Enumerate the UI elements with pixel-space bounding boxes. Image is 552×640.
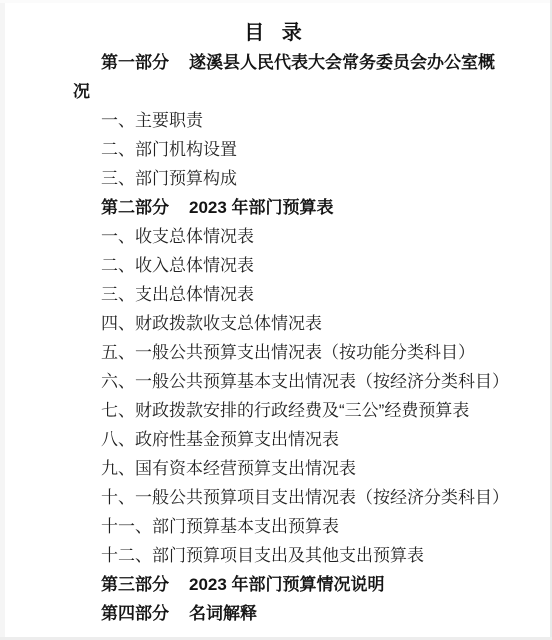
toc-item: 三、部门预算构成 (73, 164, 509, 193)
section-part-label: 第四部分 (101, 604, 169, 623)
toc-item: 三、支出总体情况表 (73, 280, 509, 309)
page-title: 目 录 (43, 18, 509, 48)
page-edge-left (0, 0, 5, 640)
section-part-label: 第二部分 (101, 198, 169, 217)
section-title: 2023 年部门预算表 (189, 198, 334, 217)
toc-section-heading: 第一部分遂溪县人民代表大会常务委员会办公室概况 (73, 48, 509, 106)
toc-item: 十、一般公共预算项目支出情况表（按经济分类科目） (73, 483, 509, 512)
toc-item: 十一、部门预算基本支出预算表 (73, 512, 509, 541)
toc-item: 二、部门机构设置 (73, 135, 509, 164)
toc-section-heading: 第四部分名词解释 (73, 599, 509, 628)
toc-item: 十二、部门预算项目支出及其他支出预算表 (73, 541, 509, 570)
toc-item: 九、国有资本经营预算支出情况表 (73, 454, 509, 483)
toc-item: 二、收入总体情况表 (73, 251, 509, 280)
section-part-label: 第三部分 (101, 575, 169, 594)
toc-section-heading: 第二部分2023 年部门预算表 (73, 193, 509, 222)
toc-item: 八、政府性基金预算支出情况表 (73, 425, 509, 454)
page-edge-top (0, 0, 552, 3)
section-title: 2023 年部门预算情况说明 (189, 575, 385, 594)
toc-item: 五、一般公共预算支出情况表（按功能分类科目） (73, 338, 509, 367)
toc-item: 六、一般公共预算基本支出情况表（按经济分类科目） (73, 367, 509, 396)
section-part-label: 第一部分 (101, 53, 169, 72)
toc-item: 一、主要职责 (73, 106, 509, 135)
section-title: 名词解释 (189, 604, 257, 623)
document-page: 目 录 第一部分遂溪县人民代表大会常务委员会办公室概况 一、主要职责 二、部门机… (0, 0, 552, 640)
toc-item: 一、收支总体情况表 (73, 222, 509, 251)
toc-content: 目 录 第一部分遂溪县人民代表大会常务委员会办公室概况 一、主要职责 二、部门机… (73, 18, 509, 628)
toc-section-heading: 第三部分2023 年部门预算情况说明 (73, 570, 509, 599)
toc-item: 七、财政拨款安排的行政经费及“三公”经费预算表 (73, 396, 509, 425)
toc-item: 四、财政拨款收支总体情况表 (73, 309, 509, 338)
